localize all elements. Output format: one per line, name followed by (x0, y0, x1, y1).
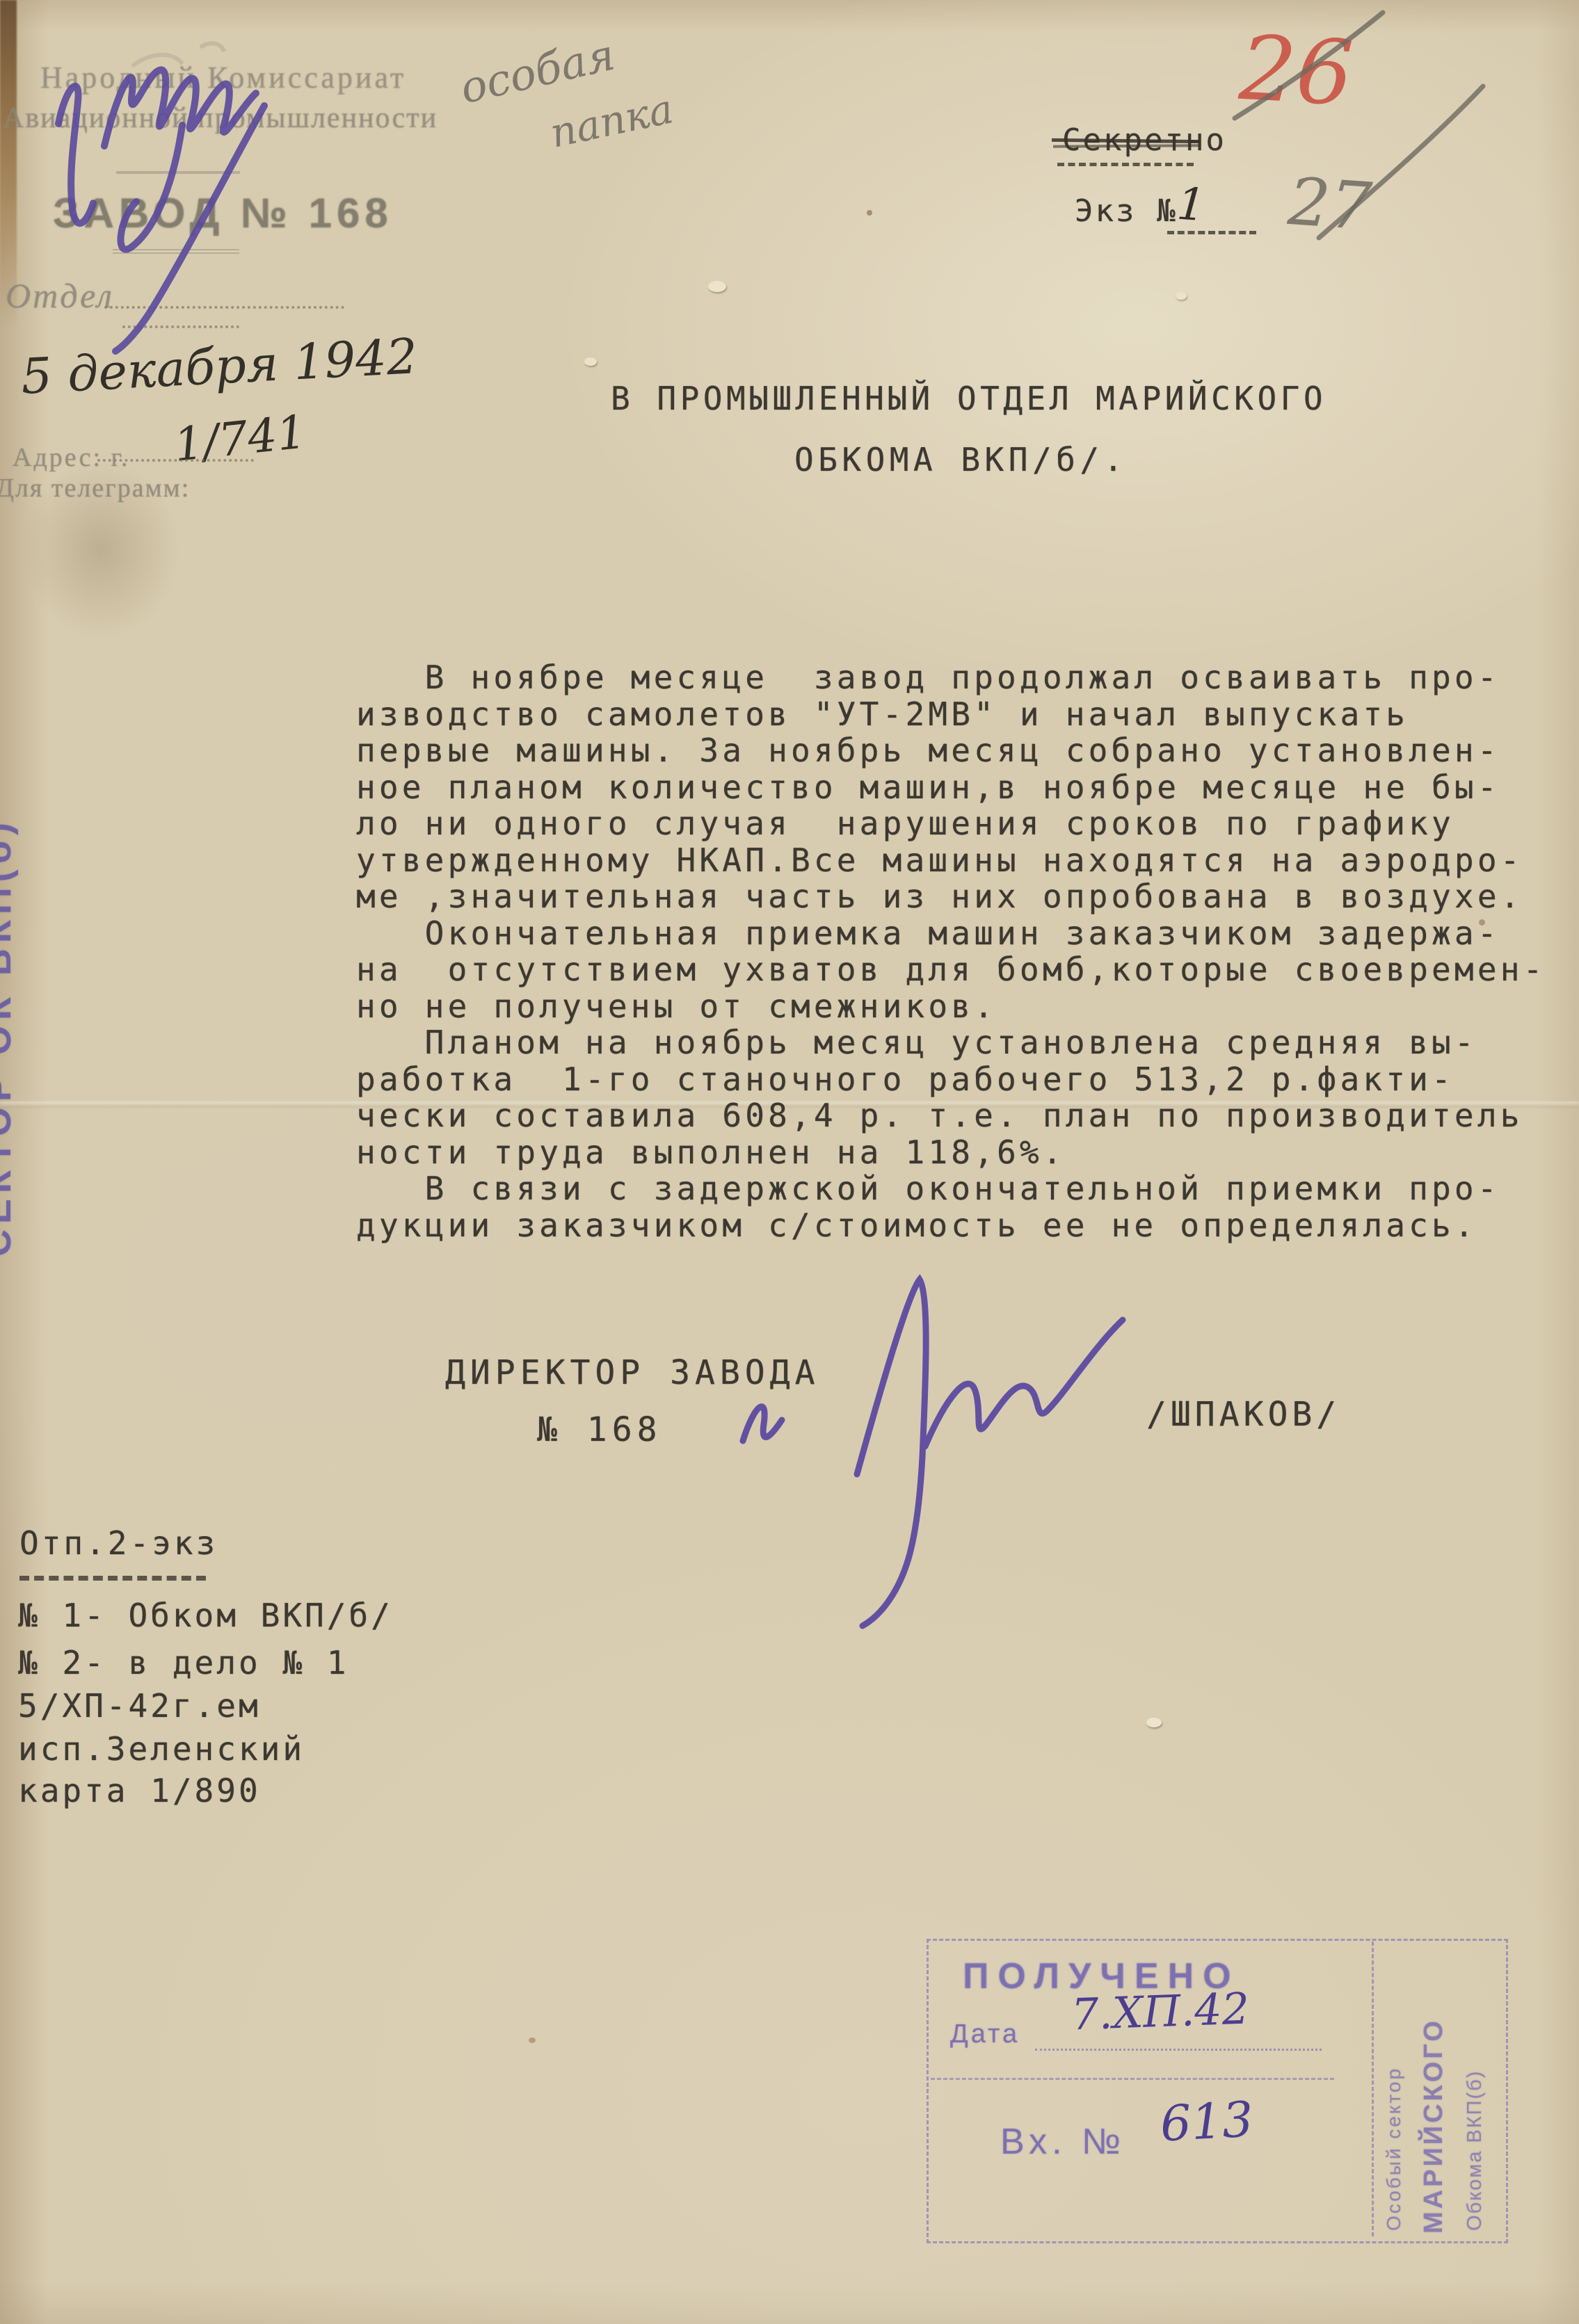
paper-chip-3 (1176, 292, 1187, 300)
received-stamp-side-line2: МАРИЙСКОГО (1419, 1944, 1449, 2234)
department-dotted-line (104, 306, 344, 309)
pencil-page-number: 27 (1285, 164, 1374, 245)
heading-line2: ОБКОМА ВКП/б/. (794, 441, 1128, 478)
body-line: В связи с задержской окончательной прием… (356, 1170, 1546, 1207)
distribution-copies: Отп.2-экз (19, 1524, 218, 1562)
document-page: Народный Комиссариат Авиационной промышл… (0, 0, 1579, 2324)
director-name: /ШПАКОВ/ (1146, 1395, 1340, 1434)
received-stamp-entry-label: Вх. № (1000, 2121, 1125, 2163)
letterhead-rule-bottom (113, 249, 239, 254)
received-stamp-separator-horizontal (931, 2078, 1334, 2080)
distribution-date: 5/ХП-42г.ем (18, 1687, 261, 1725)
body-line: но не получены от смежников. (356, 988, 1546, 1025)
body-line: В ноябре месяце завод продолжал осваиват… (356, 659, 1546, 696)
director-title-line1: ДИРЕКТОР ЗАВОДА (445, 1353, 819, 1392)
paper-chip-2 (584, 357, 597, 366)
letterhead-org-line2: Авиационной промышленности (3, 102, 438, 135)
left-edge-stamp-text: СЕКТОР ОК ВКП(б) (0, 745, 26, 1329)
copy-label: Экз № (1075, 193, 1177, 229)
body-text: В ноябре месяце завод продолжал осваиват… (356, 659, 1546, 1243)
body-line: на отсутствием ухватов для бомб,которые … (356, 951, 1546, 988)
director-signature (743, 1280, 1123, 1626)
distribution-card: карта 1/890 (18, 1772, 261, 1809)
handwritten-date: 5 декабря 1942 (19, 328, 419, 405)
body-line: первые машины. За ноябрь месяц собрано у… (356, 732, 1546, 769)
distribution-copy1: № 1- Обком ВКП/б/ (18, 1597, 393, 1634)
letterhead-department-label: Отдел (6, 275, 114, 316)
received-stamp-date-label: Дата (950, 2019, 1020, 2049)
received-stamp-side-line3: Обкома ВКП(б) (1464, 1947, 1486, 2231)
red-page-number: 26 (1237, 17, 1355, 126)
body-line: ме ,значительная часть из них опробована… (356, 878, 1546, 915)
body-line: дукции заказчиком с/стоимость ее не опре… (356, 1207, 1546, 1244)
copy-number-underline (1167, 231, 1256, 234)
received-stamp-separator-vertical (1372, 1942, 1374, 2236)
letterhead-telegrams-label: Для телеграмм: (0, 473, 190, 503)
letterhead-org-line1: Народный Комиссариат (40, 60, 406, 95)
received-stamp-entry-value: 613 (1159, 2091, 1255, 2153)
letterhead-factory-line: ЗАВОД № 168 (53, 189, 393, 237)
secret-dashed-underline (1057, 163, 1194, 166)
copy-number-handwritten: 1 (1175, 179, 1207, 232)
pencil-note-line2: папка (546, 85, 678, 157)
body-line: работка 1-го станочного рабочего 513,2 р… (356, 1061, 1546, 1098)
body-line: утвержденному НКАП.Все машины находятся … (356, 842, 1546, 879)
paper-chip-4 (1146, 1718, 1162, 1727)
distribution-dashed-line (19, 1576, 206, 1581)
body-line: Планом на ноябрь месяц установлена средн… (356, 1024, 1546, 1061)
letterhead-dotted-line-2 (122, 325, 239, 328)
fly-speck-3 (529, 2037, 536, 2043)
letterhead-address-label: Адрес: г. (13, 442, 129, 473)
received-stamp-date-underline (1035, 2049, 1322, 2051)
received-stamp-side-line1: Особый сектор (1383, 1947, 1405, 2231)
body-line: чески составила 608,4 р. т.е. план по пр… (356, 1097, 1546, 1134)
body-line: Окончательная приемка машин заказчиком з… (356, 915, 1546, 952)
body-line: ности труда выполнен на 118,6%. (356, 1134, 1546, 1171)
distribution-copy2: № 2- в дело № 1 (18, 1644, 348, 1681)
distribution-executor: исп.Зеленский (18, 1730, 305, 1768)
director-title-line2: № 168 (537, 1410, 662, 1449)
heading-line1: В ПРОМЫШЛЕННЫЙ ОТДЕЛ МАРИЙСКОГО (611, 380, 1326, 417)
paper-chip-1 (708, 281, 726, 292)
fly-speck-1 (867, 210, 872, 216)
handwritten-ref-number: 1/741 (171, 405, 308, 471)
body-line: изводство самолетов "УТ-2МВ" и начал вып… (356, 696, 1546, 733)
received-stamp-date-value: 7.ХП.42 (1071, 1983, 1250, 2040)
body-line: ное планом количество машин,в ноябре мес… (356, 769, 1546, 806)
body-line: ло ни одного случая нарушения сроков по … (356, 805, 1546, 842)
letterhead-rule-top (116, 171, 240, 174)
